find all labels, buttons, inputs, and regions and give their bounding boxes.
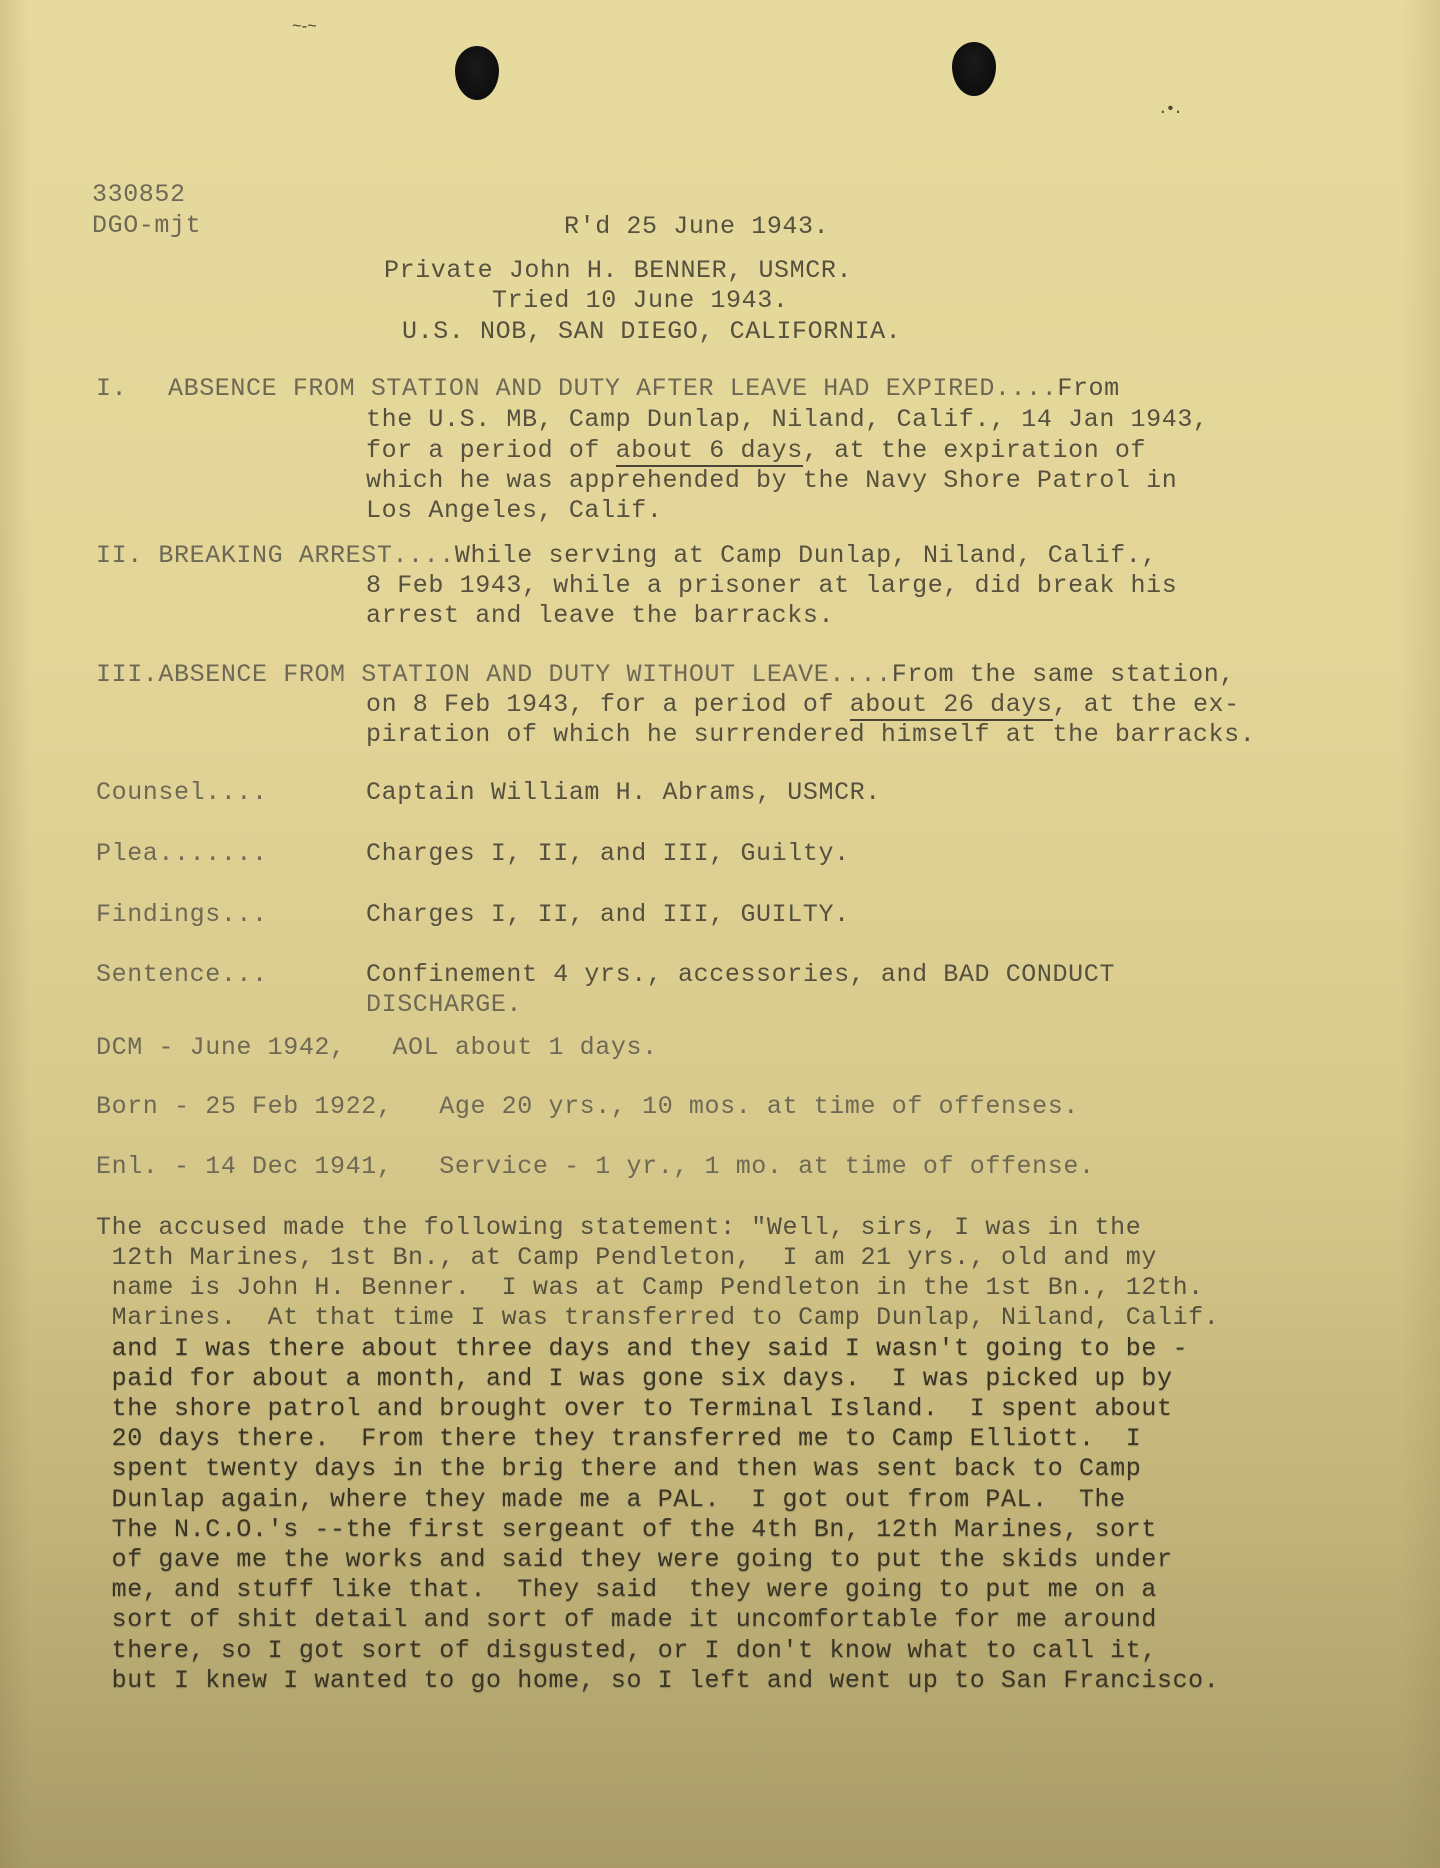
charge-text: Los Angeles, Calif.: [366, 496, 662, 526]
charge-numeral: III.: [96, 660, 158, 689]
charge-text: the U.S. MB, Camp Dunlap, Niland, Calif.…: [366, 405, 1209, 435]
statement-line: Marines. At that time I was transferred …: [96, 1303, 1219, 1333]
statement-line: 20 days there. From there they transferr…: [96, 1424, 1141, 1454]
statement-line: 12th Marines, 1st Bn., at Camp Pendleton…: [96, 1243, 1157, 1273]
charge-text: 8 Feb 1943, while a prisoner at large, d…: [366, 571, 1177, 601]
ink-speck: ~-~: [292, 18, 315, 36]
statement-line: but I knew I wanted to go home, so I lef…: [96, 1666, 1219, 1696]
statement-line: The accused made the following statement…: [96, 1213, 1141, 1243]
received-date: R'd 25 June 1943.: [564, 212, 829, 242]
statement-line: the shore patrol and brought over to Ter…: [96, 1394, 1173, 1424]
charge-text: arrest and leave the barracks.: [366, 601, 834, 631]
statement-line: of gave me the works and said they were …: [96, 1545, 1173, 1575]
charge-text-part: for a period of: [366, 436, 616, 465]
sentence-value: Confinement 4 yrs., accessories, and BAD…: [366, 960, 1115, 990]
prior-dcm: DCM - June 1942, AOL about 1 days.: [96, 1033, 658, 1063]
punch-hole-right: [952, 42, 996, 96]
charge-title-text: ABSENCE FROM STATION AND DUTY AFTER LEAV…: [168, 374, 1057, 403]
charge-numeral: II.: [96, 541, 143, 570]
counsel-label: Counsel....: [96, 778, 268, 808]
charge-title-text: ABSENCE FROM STATION AND DUTY WITHOUT LE…: [158, 660, 891, 689]
charge-heading: II. BREAKING ARREST....While serving at …: [96, 541, 1157, 571]
statement-line: sort of shit detail and sort of made it …: [96, 1605, 1157, 1635]
findings-value: Charges I, II, and III, GUILTY.: [366, 900, 850, 930]
plea-value: Charges I, II, and III, Guilty.: [366, 839, 850, 869]
charge-numeral: I.: [96, 374, 127, 404]
birth-info: Born - 25 Feb 1922, Age 20 yrs., 10 mos.…: [96, 1092, 1079, 1122]
typist-initials: DGO-mjt: [92, 211, 201, 241]
charge-text: From the same station,: [892, 660, 1235, 689]
charge-text: for a period of about 6 days, at the exp…: [366, 436, 1146, 466]
ink-speck: .•.: [1158, 100, 1181, 118]
statement-line: name is John H. Benner. I was at Camp Pe…: [96, 1273, 1204, 1303]
statement-line: spent twenty days in the brig there and …: [96, 1454, 1141, 1484]
enlistment-info: Enl. - 14 Dec 1941, Service - 1 yr., 1 m…: [96, 1152, 1095, 1182]
trial-date: Tried 10 June 1943.: [492, 286, 788, 316]
charge-text: which he was apprehended by the Navy Sho…: [366, 466, 1177, 496]
charge-title: ABSENCE FROM STATION AND DUTY AFTER LEAV…: [168, 374, 1120, 404]
statement-line: me, and stuff like that. They said they …: [96, 1575, 1157, 1605]
plea-label: Plea.......: [96, 839, 268, 869]
file-number: 330852: [92, 180, 186, 210]
charge-text: From: [1057, 374, 1119, 403]
trial-location: U.S. NOB, SAN DIEGO, CALIFORNIA.: [402, 317, 901, 347]
charge-title-text: BREAKING ARREST....: [158, 541, 454, 570]
charge-text: While serving at Camp Dunlap, Niland, Ca…: [455, 541, 1157, 570]
charge-text-part: on 8 Feb 1943, for a period of: [366, 690, 850, 719]
statement-line: paid for about a month, and I was gone s…: [96, 1364, 1173, 1394]
underlined-duration: about 26 days: [850, 690, 1053, 721]
charge-heading: III.ABSENCE FROM STATION AND DUTY WITHOU…: [96, 660, 1235, 690]
counsel-value: Captain William H. Abrams, USMCR.: [366, 778, 881, 808]
accused-name: Private John H. BENNER, USMCR.: [384, 256, 852, 286]
charge-text: on 8 Feb 1943, for a period of about 26 …: [366, 690, 1240, 720]
sentence-label: Sentence...: [96, 960, 268, 990]
charge-text-part: , at the ex-: [1053, 690, 1240, 719]
statement-line: and I was there about three days and the…: [96, 1334, 1188, 1364]
statement-line: Dunlap again, where they made me a PAL. …: [96, 1485, 1126, 1515]
charge-text: piration of which he surrendered himself…: [366, 720, 1255, 750]
statement-line: there, so I got sort of disgusted, or I …: [96, 1636, 1157, 1666]
charge-text-part: , at the expiration of: [803, 436, 1146, 465]
findings-label: Findings...: [96, 900, 268, 930]
punch-hole-left: [455, 46, 499, 100]
sentence-value-cont: DISCHARGE.: [366, 990, 522, 1020]
underlined-duration: about 6 days: [616, 436, 803, 467]
statement-line: The N.C.O.'s --the first sergeant of the…: [96, 1515, 1157, 1545]
